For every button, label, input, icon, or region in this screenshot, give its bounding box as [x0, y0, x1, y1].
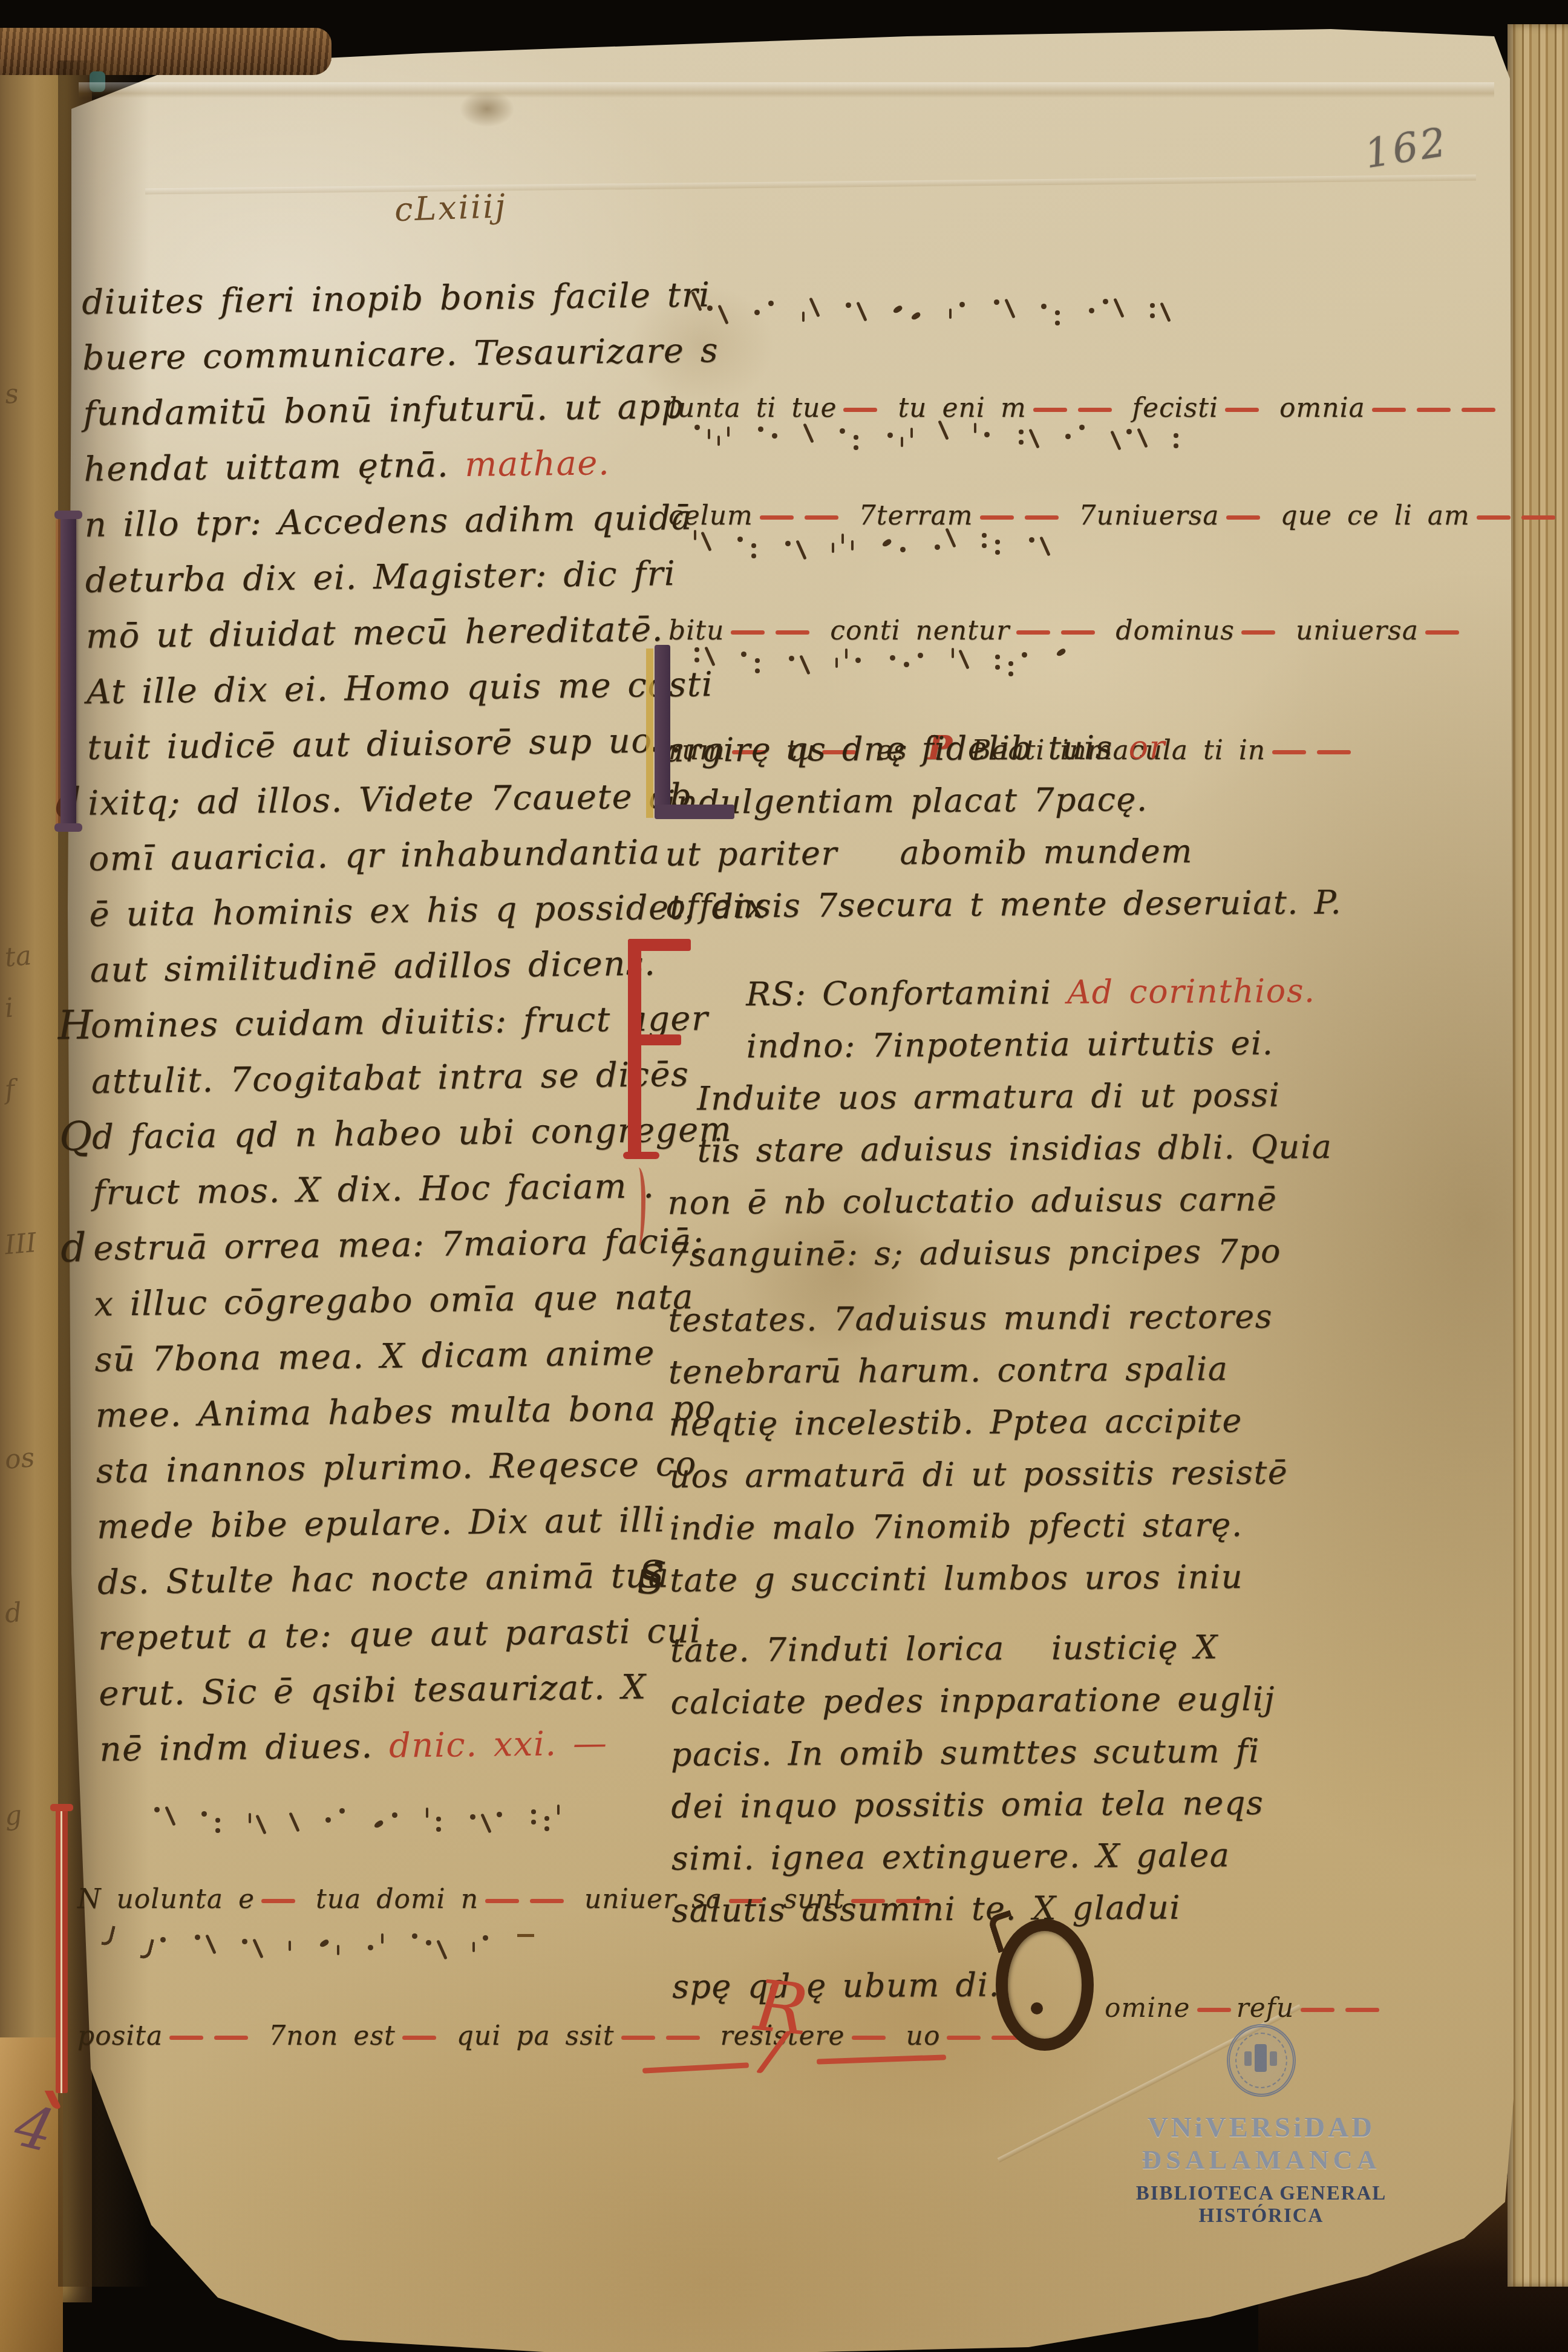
neume-glyph [694, 425, 700, 430]
neume-glyph [120, 1941, 136, 1944]
neume-glyph [426, 1940, 431, 1945]
neume-glyph [255, 1814, 266, 1834]
chant-syllable: 7terram [844, 500, 973, 531]
neume-glyph [1089, 308, 1094, 313]
neume-glyph [227, 1810, 243, 1812]
neume-glyph [220, 1950, 235, 1952]
right-chant-block: lunta ti tue tu eni m fecisti omnia celu… [668, 275, 1425, 763]
red-extender-dash [776, 630, 809, 635]
headband-texture [0, 28, 332, 75]
neume-glyph [766, 650, 782, 653]
line-text: erut. Sic ē qsibi tesaurizat. X [99, 1668, 647, 1714]
line-text: pacis. In omib sumttes scutum fi [671, 1732, 1260, 1774]
neume-glyph [373, 1819, 384, 1829]
neume-glyph [1110, 430, 1121, 450]
neume-glyph [707, 305, 713, 311]
rubric-text: or [1128, 728, 1166, 766]
red-extender-dash [1521, 515, 1555, 520]
neume-glyph [381, 1933, 384, 1944]
neume-glyph [1091, 433, 1107, 435]
chant-text-row: celum 7terram 7uniuersa que ce li am [668, 500, 1425, 535]
marginal-initial: Q [59, 1113, 94, 1160]
manuscript-text-line: RS: Confortamini Ad corinthios. [666, 971, 1399, 1027]
red-extender-dash [530, 1899, 564, 1903]
chant-syllable: uo [891, 2020, 941, 2051]
initial-stroke [655, 645, 670, 818]
edge-text-fragment: os [4, 1442, 36, 1475]
gold-fill [646, 648, 653, 818]
neume-glyph [865, 427, 881, 430]
quire-mark: cLxiiij [394, 187, 508, 229]
neume-glyph [1128, 313, 1143, 316]
line-text: uos armaturā di ut possitis resistē [669, 1453, 1288, 1495]
neume-glyph [795, 540, 806, 560]
neume-glyph [918, 653, 923, 658]
neume-glyph [871, 301, 886, 304]
line-text: omī auaricia. qr inhabundantia [88, 832, 661, 879]
line-text: ixitq; ad illos. Videte 7cauete ab [88, 777, 693, 823]
neume-glyph [995, 540, 1000, 544]
manuscript-text-line: uos armaturā di ut possitis resistē [669, 1452, 1402, 1509]
chant-syllable: 7non est [253, 2020, 395, 2051]
line-text: mede bibe epulare. Dix aut illi [97, 1500, 666, 1546]
neume-glyph [799, 655, 810, 675]
right-text-column: argirę qs dnę fidelib tuis or indulgenti… [665, 727, 1405, 2019]
neume-glyph [195, 1935, 200, 1940]
manuscript-text-line: tenebrarū harum. contra spalia [668, 1348, 1401, 1405]
neume-glyph [935, 544, 940, 550]
neume-glyph [392, 1812, 397, 1818]
chant-syllable: tu eni m [883, 393, 1026, 423]
neume-glyph [1151, 428, 1167, 430]
edge-text-fragment: f [4, 1074, 16, 1105]
neume-glyph [470, 1814, 475, 1820]
neume-glyph [201, 1811, 207, 1817]
chant-text-row: bitu conti nentur dominus uniuersa [668, 615, 1425, 650]
chant-syllable: tua domi n [301, 1884, 479, 1915]
neume-glyph [1022, 652, 1027, 658]
manuscript-text-line: nē indm diues. dnic. xxi. — [99, 1723, 668, 1785]
neume-glyph [436, 1817, 441, 1821]
neume-glyph [949, 309, 952, 319]
red-extender-dash [1301, 2008, 1334, 2012]
chant-syllable: dominus [1100, 615, 1235, 646]
neume-glyph [763, 535, 779, 538]
neume-glyph [887, 433, 893, 438]
chant-syllable: celum [668, 500, 753, 531]
initial-I-introit [56, 1810, 68, 2093]
neume-glyph [1160, 302, 1171, 322]
neume-row [668, 650, 1425, 728]
initial-S-state: S [639, 1552, 664, 1596]
neume-glyph [483, 1935, 488, 1941]
manuscript-text-line: non ē nb coluctatio aduisus carnē [667, 1179, 1400, 1235]
neume-glyph [412, 1933, 417, 1939]
seal-crest [1244, 2051, 1252, 2066]
line-text: calciate pedes inpparatione euglij [670, 1680, 1275, 1722]
neume-glyph [160, 1937, 166, 1942]
neume-glyph [959, 543, 975, 546]
manuscript-text-line: tis stare aduisus insidias dbli. Quia [667, 1127, 1400, 1183]
neume-glyph [101, 1924, 116, 1947]
line-text: 7sanguinē: s; aduisus pncipes 7po [668, 1232, 1282, 1274]
red-extender-dash [947, 2036, 981, 2040]
manuscript-text-line: indulgentiam placat 7pacę. [665, 779, 1397, 835]
initial-stroke [655, 805, 734, 819]
line-text: offensis 7secura t mente deseruiat. P. [665, 883, 1342, 926]
neume-glyph [890, 655, 895, 661]
line-text: non ē nb coluctatio aduisus carnē [667, 1180, 1277, 1222]
neume-glyph [1004, 298, 1015, 318]
neume-glyph [368, 1945, 373, 1950]
neume-glyph [1019, 314, 1034, 316]
neume-glyph [832, 543, 834, 553]
neume-glyph [785, 541, 791, 546]
line-text: n illo tpr: Accedens adihm quidā [84, 498, 693, 545]
neume-glyph [426, 1808, 428, 1818]
neume-glyph [544, 1816, 549, 1821]
neume-glyph [780, 309, 796, 311]
neume-glyph [900, 547, 906, 552]
neume-glyph [952, 648, 954, 658]
chant-text-row: lunta ti tue tu eni m fecisti omnia [668, 393, 1425, 428]
neume-glyph [267, 1938, 283, 1941]
manuscript-text-line: hendat uittam ętnā. mathae. [83, 443, 653, 505]
chant-syllable: uniuersa [1281, 615, 1419, 646]
neume-glyph [974, 423, 976, 433]
stamp-university-line: VNiVERSiDAD [1119, 2111, 1403, 2144]
neume-glyph [755, 658, 760, 663]
neume-glyph [851, 540, 854, 550]
neume-glyph [717, 436, 720, 446]
neume-glyph [856, 301, 867, 321]
line-text: fundamitū bonū infuturū. ut app [83, 387, 684, 434]
chant-text-row: N uolunta e tua domi n uniuer sa sunt [77, 1884, 658, 1919]
chant-syllable: omine [1105, 1993, 1191, 2024]
neume-glyph [289, 1812, 299, 1832]
neume-glyph [270, 1814, 286, 1817]
neume-glyph [1029, 537, 1034, 543]
red-extender-dash [980, 515, 1014, 520]
line-text: mee. Anima habes multa bona po [95, 1388, 716, 1436]
red-extender-dash [666, 2036, 700, 2040]
chant-syllable: qui pa ssit [442, 2020, 615, 2051]
red-extender-dash [402, 2036, 436, 2040]
neume-glyph [994, 299, 999, 305]
neume-glyph [1174, 433, 1178, 438]
initial-F-fratres [628, 939, 701, 1158]
neume-glyph [303, 1812, 319, 1814]
stamp-library-line: BIBLIOTECA GENERAL HISTÓRICA [1119, 2183, 1403, 2227]
edge-text-fragment: g [4, 1800, 24, 1832]
red-extender-dash [1425, 630, 1459, 635]
red-extender-dash [1477, 515, 1511, 520]
manuscript-text-line: diuites fieri inopib bonis facile tri [82, 276, 651, 338]
line-text: hendat uittam ętnā. [83, 445, 465, 489]
neume-glyph [867, 650, 883, 652]
line-text: ds. Stulte hac nocte animā tuā [97, 1556, 670, 1602]
line-text: tuit iudicē aut diuisorē sup uos. [87, 721, 682, 768]
neume-glyph [436, 1939, 447, 1959]
neume-glyph [339, 1808, 345, 1814]
neume-glyph [140, 1938, 154, 1961]
neume-glyph [810, 540, 826, 542]
neume-glyph [823, 313, 839, 315]
neume-glyph [737, 537, 743, 542]
line-text: Induite uos armatura di ut possi [697, 1076, 1281, 1118]
line-text: simi. ignea extinguere. X galea [671, 1836, 1230, 1878]
manuscript-text-line: buere communicare. Tesaurizare s [82, 332, 652, 394]
manuscript-text-line: ut pariter abomib mundem [665, 831, 1398, 887]
seal-crest [1255, 2044, 1267, 2072]
red-extender-dash [1241, 630, 1275, 635]
neume-glyph [297, 1936, 313, 1938]
line-text: nē indm diues. [99, 1726, 389, 1769]
initial-stroke [628, 939, 691, 951]
line-text: sū 7bona mea. X dicam anime [94, 1333, 655, 1379]
manuscript-text-line: n illo tpr: Accedens adihm quidā [84, 498, 653, 561]
neume-glyph [448, 1809, 463, 1811]
neume-glyph [982, 533, 987, 538]
manuscript-text-line: testates. 7aduisus mundi rectores [668, 1296, 1400, 1353]
stamp-salamanca-line: ÐSALAMANCA [1119, 2144, 1403, 2175]
line-text: x illuc cōgregabo omīa que nata [94, 1278, 694, 1324]
neume-glyph [1007, 547, 1022, 550]
red-extender-dash [1226, 515, 1260, 520]
neume-glyph [451, 1939, 466, 1942]
neume-glyph [249, 1813, 251, 1823]
chant-syllable: que ce li am [1266, 500, 1470, 531]
edge-text-fragment: d [4, 1597, 24, 1629]
neume-glyph [1103, 299, 1108, 304]
initial-stroke [623, 1152, 659, 1159]
manuscript-text-line: indie malo 7inomib pfecti starę. [669, 1504, 1402, 1561]
edge-text-fragment: III [4, 1227, 38, 1261]
neume-row [77, 1810, 658, 1884]
neume-glyph [345, 1940, 361, 1942]
neume-glyph [1067, 302, 1082, 305]
red-extender-dash [1345, 2008, 1379, 2012]
neume-glyph [930, 661, 946, 663]
line-text: aut similitudinē adillos dicens. [90, 944, 656, 990]
neume-glyph [881, 538, 892, 547]
neume-glyph [789, 656, 794, 661]
page-stack-edge [1508, 24, 1568, 2287]
neume-glyph [835, 658, 838, 668]
manuscript-text-line: State g succinti lumbos uros iniu [670, 1557, 1402, 1613]
red-extender-dash [1033, 408, 1067, 412]
line-text: At ille dix ei. Homo quis me cōsti [87, 665, 714, 712]
neume-glyph [996, 440, 1012, 442]
red-extender-dash [760, 515, 794, 520]
manuscript-text-line: sta inannos plurimo. Reqesce co [96, 1445, 665, 1507]
manuscript-text-line: dixitq; ad illos. Videte 7cauete ab [88, 777, 657, 839]
red-extender-dash [1372, 408, 1406, 412]
chant-syllable: bitu [668, 615, 724, 646]
chant-syllable: 7uniuersa [1064, 500, 1220, 531]
chant-syllable: omnia [1264, 393, 1365, 423]
red-extender-dash [261, 1899, 295, 1903]
neume-glyph [319, 1939, 330, 1949]
chant-text-row: posita 7non est qui pa ssit resistere uo [77, 2020, 658, 2056]
manuscript-text-line: argirę qs dnę fidelib tuis or [665, 727, 1397, 783]
manuscript-text-line: destruā orrea mea: 7maiora faciā: [93, 1222, 662, 1284]
neume-glyph [691, 291, 702, 311]
neume-row [668, 428, 1425, 500]
chant-syllable: posita [77, 2020, 163, 2051]
red-extender-dash [1417, 408, 1451, 412]
line-text: tenebrarū harum. contra spalia [668, 1350, 1229, 1391]
line-text: RS: Confortamini [746, 973, 1067, 1013]
manuscript-text-line: At ille dix ei. Homo quis me cōsti [87, 665, 656, 728]
chant-syllable: fecisti [1117, 393, 1218, 423]
red-extender-dash [805, 515, 838, 520]
neume-glyph [242, 1939, 247, 1944]
neume-glyph [472, 1942, 475, 1952]
line-text: ut pariter abomib mundem [665, 832, 1193, 873]
initial-I-gospel [60, 515, 76, 827]
red-extender-dash [485, 1899, 519, 1903]
line-text: buere communicare. Tesaurizare s [82, 331, 719, 378]
neume-glyph [927, 305, 943, 308]
neume-row [1137, 1952, 1428, 1963]
neume-glyph [912, 539, 928, 541]
neume-glyph [919, 438, 935, 440]
neume-glyph [215, 1818, 220, 1823]
red-extender-dash [169, 2036, 203, 2040]
neume-row [668, 275, 1425, 393]
neume-glyph [817, 439, 833, 441]
neume-glyph [708, 429, 710, 439]
manuscript-text-line: fundamitū bonū infuturū. ut app [83, 387, 652, 449]
neume-glyph [995, 655, 1000, 659]
manuscript-text-line: Homines cuidam diuitis: fruct ager [90, 999, 659, 1062]
line-text: repetut a te: que aut parasti cui [98, 1611, 702, 1658]
neume-glyph [1126, 429, 1132, 434]
line-text: dei inquo possitis omia tela neqs [671, 1784, 1264, 1826]
leather-headband [0, 28, 332, 75]
neume-glyph [840, 428, 845, 434]
neume-glyph [814, 655, 829, 657]
manuscript-text-line: mō ut diuidat mecū hereditatē. [86, 610, 655, 672]
rubric-text: Ad corinthios. [1067, 972, 1316, 1011]
line-text: salutis assumini te. X gladui [671, 1889, 1181, 1930]
red-extender-dash [852, 2036, 886, 2040]
neume-glyph [694, 530, 696, 540]
manuscript-text-line: indno: 7inpotentia uirtutis ei. [666, 1023, 1399, 1079]
neume-glyph [1028, 428, 1039, 448]
responsory-mark: R [751, 1965, 812, 2051]
neume-glyph [1008, 661, 1013, 666]
line-text: indie malo 7inomib pfecti starę. [669, 1506, 1243, 1547]
neume-glyph [717, 304, 728, 324]
line-text: testates. 7aduisus mundi rectores [668, 1298, 1273, 1339]
manuscript-text-line: dei inquo possitis omia tela neqs [671, 1783, 1403, 1839]
university-seal-icon [1227, 2024, 1296, 2097]
neume-glyph [952, 436, 968, 438]
line-text: tis stare aduisus insidias dbli. Quia [697, 1128, 1333, 1169]
manuscript-text-line: 7sanguinē: s; aduisus pncipes 7po [668, 1231, 1400, 1287]
manuscript-text-line: deturba dix ei. Magister: dic fri [85, 554, 654, 616]
left-text-column: diuites fieri inopib bonis facile tri bu… [82, 276, 668, 1785]
neume-glyph [325, 1817, 331, 1823]
neume-glyph [337, 1945, 339, 1955]
manuscript-text-line: mee. Anima habes multa bona po [95, 1389, 664, 1451]
neume-glyph [517, 1934, 534, 1937]
line-text: estruā orrea mea: 7maiora faciā: [93, 1221, 704, 1268]
neume-glyph [1065, 434, 1071, 439]
manuscript-text-line: Qd facia qd n habeo ubi congregem [92, 1111, 661, 1173]
neume-glyph [959, 302, 965, 307]
neume-glyph [855, 658, 861, 663]
neume-glyph [845, 648, 848, 659]
neume-glyph [1055, 310, 1060, 315]
line-text: spę qd ę ubum di. [672, 1965, 1000, 2005]
line-text: fruct mos. X dix. Hoc faciam . [93, 1166, 655, 1212]
neume-glyph [754, 310, 760, 315]
marginal-initial: d [60, 1224, 88, 1272]
line-text: indno: 7inpotentia uirtutis ei. [746, 1024, 1273, 1065]
manuscript-text-line: tate. 7induti lorica iusticię X [670, 1627, 1403, 1683]
left-chant-block: N uolunta e tua domi n uniuer sa sunt po… [77, 1810, 658, 2056]
neume-glyph [495, 1944, 511, 1946]
line-text: tate. 7induti lorica iusticię X [670, 1628, 1218, 1670]
manuscript-text-line: simi. ignea extinguere. X galea [671, 1835, 1404, 1891]
line-text: tate g succinti lumbos uros iniu [670, 1558, 1243, 1599]
neume-glyph [784, 441, 800, 443]
neume-glyph [289, 1941, 291, 1951]
red-extender-dash [843, 408, 877, 412]
initial-L-largire [655, 645, 745, 826]
red-extender-dash [1078, 408, 1112, 412]
neume-glyph [531, 1809, 536, 1814]
neume-glyph [768, 301, 774, 306]
neume-glyph [751, 543, 756, 548]
neume-glyph [904, 662, 909, 667]
manuscript-text-line: neqtię incelestib. Pptea accipite [668, 1400, 1401, 1457]
neume-glyph [758, 426, 763, 432]
manuscript-text-line: sū 7bona mea. X dicam anime [94, 1333, 664, 1396]
line-text: omines cuidam diuitis: fruct ager [90, 999, 708, 1045]
manuscript-text-line: offensis 7secura t mente deseruiat. P. [665, 883, 1398, 939]
line-text: neqtię incelestib. Pptea accipite [668, 1402, 1243, 1443]
rubric-text: dnic. xxi. — [389, 1723, 608, 1765]
initial-stroke [628, 939, 641, 1158]
neume-glyph [715, 547, 731, 549]
neume-glyph [557, 1805, 560, 1815]
neume-glyph [509, 1820, 524, 1822]
chant-syllable: conti nentur [815, 615, 1010, 646]
neume-glyph [732, 304, 748, 307]
manuscript-text-line: fruct mos. X dix. Hoc faciam . [93, 1166, 662, 1229]
neume-glyph [910, 428, 913, 438]
neume-glyph [910, 311, 921, 321]
line-text: sta inannos plurimo. Reqesce co [96, 1445, 697, 1491]
neume-glyph [252, 1938, 263, 1958]
neume-row [668, 535, 1425, 615]
manuscript-text-line: Induite uos armatura di ut possi [667, 1075, 1399, 1131]
red-extender-dash [1197, 2008, 1231, 2012]
marginal-initial: H [57, 1002, 94, 1049]
manuscript-text-line: x illuc cōgregabo omīa que nata [94, 1278, 663, 1340]
manuscript-text-line: erut. Sic ē qsibi tesaurizat. X [99, 1667, 668, 1730]
neume-glyph [772, 433, 777, 439]
neume-glyph [154, 1807, 160, 1812]
edge-text-fragment: ta [4, 940, 33, 973]
neume-glyph [901, 437, 903, 447]
neume-glyph [841, 534, 844, 544]
neume-glyph [404, 1820, 420, 1823]
